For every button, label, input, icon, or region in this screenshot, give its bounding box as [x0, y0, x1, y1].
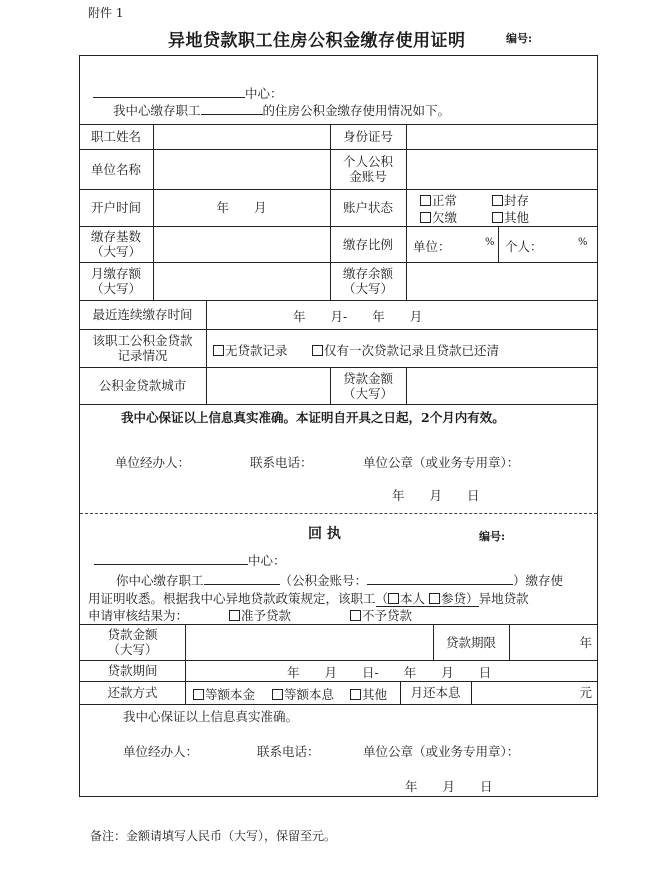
- receipt-serial-label: 编号:: [479, 528, 505, 544]
- open-time-field[interactable]: 年 月: [153, 189, 330, 226]
- recent-period-field[interactable]: 年 月- 年 月: [293, 307, 422, 325]
- option-label: 参贷: [441, 591, 466, 606]
- checkbox-icon[interactable]: [229, 610, 240, 621]
- label-line: 个人公积: [343, 154, 393, 169]
- receipt-statement: 我中心保证以上信息真实准确。: [123, 707, 298, 725]
- receipt-center-blank[interactable]: [94, 552, 248, 565]
- checkbox-icon[interactable]: [492, 195, 503, 206]
- option-label: 不予贷款: [362, 608, 412, 623]
- handler-label: 单位经办人：: [115, 453, 190, 471]
- loan-city-field[interactable]: [206, 367, 330, 404]
- label-account-status: 账户状态: [330, 189, 406, 226]
- borrower-type-group: （本人 参贷）: [376, 591, 479, 607]
- employee-name-blank[interactable]: [201, 102, 263, 115]
- receipt-text: ）缴存使: [513, 573, 563, 588]
- option-label: 准予贷款: [241, 608, 291, 623]
- label-deposit-balance: 缴存余额 （大写）: [330, 262, 406, 300]
- checkbox-icon[interactable]: [350, 610, 361, 621]
- loan-record-option-none[interactable]: 无贷款记录: [213, 341, 288, 359]
- option-label: 正常: [432, 193, 457, 208]
- label-line: （大写）: [343, 281, 393, 296]
- label-line: （大写）: [343, 386, 393, 401]
- label-loan-period: 贷款期间: [80, 660, 185, 681]
- checkbox-icon[interactable]: [388, 593, 399, 604]
- checkbox-icon[interactable]: [193, 689, 204, 700]
- receipt-text: 用证明收悉。根据我中心异地贷款政策规定，该职工: [88, 591, 376, 606]
- certification-date: 年 月 日: [392, 486, 480, 504]
- result-option-reject[interactable]: 不予贷款: [350, 606, 412, 624]
- option-label: 等额本金: [205, 687, 255, 702]
- option-label: 本人: [400, 591, 425, 606]
- attachment-label: 附件 1: [88, 4, 123, 21]
- phone-label: 联系电话：: [250, 453, 313, 471]
- checkbox-icon[interactable]: [420, 212, 431, 223]
- repay-option-other[interactable]: 其他: [350, 685, 387, 703]
- cut-line: [80, 513, 597, 514]
- option-label: 其他: [504, 210, 529, 225]
- label-line: 月缴存额: [91, 266, 141, 281]
- checkbox-icon[interactable]: [312, 345, 323, 356]
- checkbox-icon[interactable]: [350, 689, 361, 700]
- label-id-number: 身份证号: [330, 124, 406, 149]
- grid-line: [80, 704, 598, 705]
- result-option-approve[interactable]: 准予贷款: [229, 606, 291, 624]
- intro-suffix: 的住房公积金缴存使用情况如下。: [263, 103, 451, 118]
- receipt-text: （公积金账号：: [280, 573, 368, 588]
- label-loan-record: 该职工公积金贷款 记录情况: [79, 329, 206, 367]
- label-employee-name: 职工姓名: [79, 124, 153, 149]
- intro-line: 我中心缴存职工的住房公积金缴存使用情况如下。: [113, 101, 450, 119]
- center-suffix: 中心：: [245, 86, 283, 101]
- receipt-loan-amount-field[interactable]: [185, 624, 433, 660]
- receipt-title: 回 执: [308, 523, 341, 543]
- ratio-personal-label: 个人：: [505, 237, 543, 255]
- option-label: 其他: [362, 687, 387, 702]
- label-deposit-ratio: 缴存比例: [330, 226, 406, 262]
- label-line: 缴存余额: [343, 266, 393, 281]
- option-label: 欠缴: [432, 210, 457, 225]
- label-recent-period: 最近连续缴存时间: [79, 300, 206, 329]
- repay-option-principal[interactable]: 等额本金: [193, 685, 255, 703]
- status-option-arrears[interactable]: 欠缴: [420, 208, 457, 226]
- checkbox-icon[interactable]: [213, 345, 224, 356]
- status-option-other[interactable]: 其他: [492, 208, 529, 226]
- option-label: 封存: [504, 193, 529, 208]
- receipt-center-line: 中心：: [94, 551, 286, 569]
- deposit-base-field[interactable]: [153, 226, 330, 262]
- grid-line: [79, 404, 598, 405]
- label-account-number: 个人公积 金账号: [330, 149, 406, 189]
- checkbox-icon[interactable]: [272, 689, 283, 700]
- receipt-handler-label: 单位经办人：: [123, 742, 198, 760]
- label-line: 贷款金额: [343, 371, 393, 386]
- loan-record-option-repaid[interactable]: 仅有一次贷款记录且贷款已还清: [312, 341, 499, 359]
- loan-period-field[interactable]: 年 月 日- 年 月 日: [287, 663, 491, 681]
- label-line: （大写）: [107, 642, 157, 657]
- center-suffix: 中心：: [248, 553, 286, 568]
- receipt-line-2: 用证明收悉。根据我中心异地贷款政策规定，该职工（本人 参贷）异地贷款: [88, 589, 529, 607]
- seal-label: 单位公章（或业务专用章）：: [363, 453, 519, 471]
- grid-line: [498, 226, 499, 262]
- ratio-company-label: 单位：: [413, 237, 451, 255]
- receipt-phone-label: 联系电话：: [257, 742, 320, 760]
- label-loan-amount: 贷款金额 （大写）: [330, 367, 406, 404]
- ratio-company-percent: %: [485, 237, 495, 248]
- label-repay-method: 还款方式: [80, 681, 185, 704]
- option-label: 仅有一次贷款记录且贷款已还清: [324, 343, 499, 358]
- checkbox-icon[interactable]: [420, 195, 431, 206]
- label-line: 记录情况: [117, 348, 167, 363]
- receipt-text: 异地贷款: [479, 591, 529, 606]
- center-name-blank[interactable]: [93, 85, 245, 98]
- loan-amount-field[interactable]: [406, 367, 598, 404]
- status-option-normal[interactable]: 正常: [420, 191, 457, 209]
- monthly-deposit-field[interactable]: [153, 262, 330, 300]
- label-open-time: 开户时间: [79, 189, 153, 226]
- receipt-employee-blank[interactable]: [204, 572, 280, 585]
- receipt-account-blank[interactable]: [367, 572, 513, 585]
- status-option-sealed[interactable]: 封存: [492, 191, 529, 209]
- label-line: （大写）: [91, 244, 141, 259]
- receipt-date: 年 月 日: [405, 777, 493, 795]
- page-title: 异地贷款职工住房公积金缴存使用证明: [168, 26, 466, 51]
- checkbox-icon[interactable]: [429, 593, 440, 604]
- label-line: 金账号: [349, 169, 387, 184]
- serial-number-label: 编号:: [506, 30, 532, 46]
- receipt-line-1: 你中心缴存职工（公积金账号：）缴存使: [116, 571, 563, 589]
- option-label: 等额本息: [284, 687, 334, 702]
- label-deposit-base: 缴存基数 （大写）: [79, 226, 153, 262]
- id-number-field[interactable]: [406, 124, 598, 149]
- label-line: （大写）: [91, 281, 141, 296]
- label-line: 该职工公积金贷款: [92, 333, 192, 348]
- center-name-line: 中心：: [93, 84, 283, 102]
- checkbox-icon[interactable]: [492, 212, 503, 223]
- label-line: 缴存基数: [91, 229, 141, 244]
- label-loan-city: 公积金贷款城市: [79, 367, 206, 404]
- label-line: 贷款金额: [107, 627, 157, 642]
- employee-name-field[interactable]: [153, 124, 330, 149]
- receipt-line-3: 申请审核结果为：: [88, 606, 188, 624]
- label-company-name: 单位名称: [79, 149, 153, 189]
- intro-prefix: 我中心缴存职工: [113, 103, 201, 118]
- option-label: 无贷款记录: [225, 343, 288, 358]
- repay-option-annuity[interactable]: 等额本息: [272, 685, 334, 703]
- footer-note: 备注：金额请填写人民币（大写），保留至元。: [90, 827, 336, 844]
- receipt-text: 你中心缴存职工: [116, 573, 204, 588]
- label-monthly-payment: 月还本息: [400, 681, 471, 704]
- label-loan-term: 贷款期限: [433, 624, 509, 660]
- deposit-balance-field[interactable]: [406, 262, 598, 300]
- label-receipt-loan-amount: 贷款金额 （大写）: [80, 624, 185, 660]
- certification-statement: 我中心保证以上信息真实准确。本证明自开具之日起，2个月内有效。: [121, 408, 505, 426]
- loan-term-field[interactable]: 年: [509, 624, 598, 660]
- ratio-personal-percent: %: [578, 237, 588, 248]
- company-name-field[interactable]: [153, 149, 330, 189]
- label-monthly-deposit: 月缴存额 （大写）: [79, 262, 153, 300]
- receipt-seal-label: 单位公章（或业务专用章）：: [363, 742, 519, 760]
- monthly-payment-field[interactable]: 元: [471, 681, 598, 704]
- account-number-field[interactable]: [406, 149, 598, 189]
